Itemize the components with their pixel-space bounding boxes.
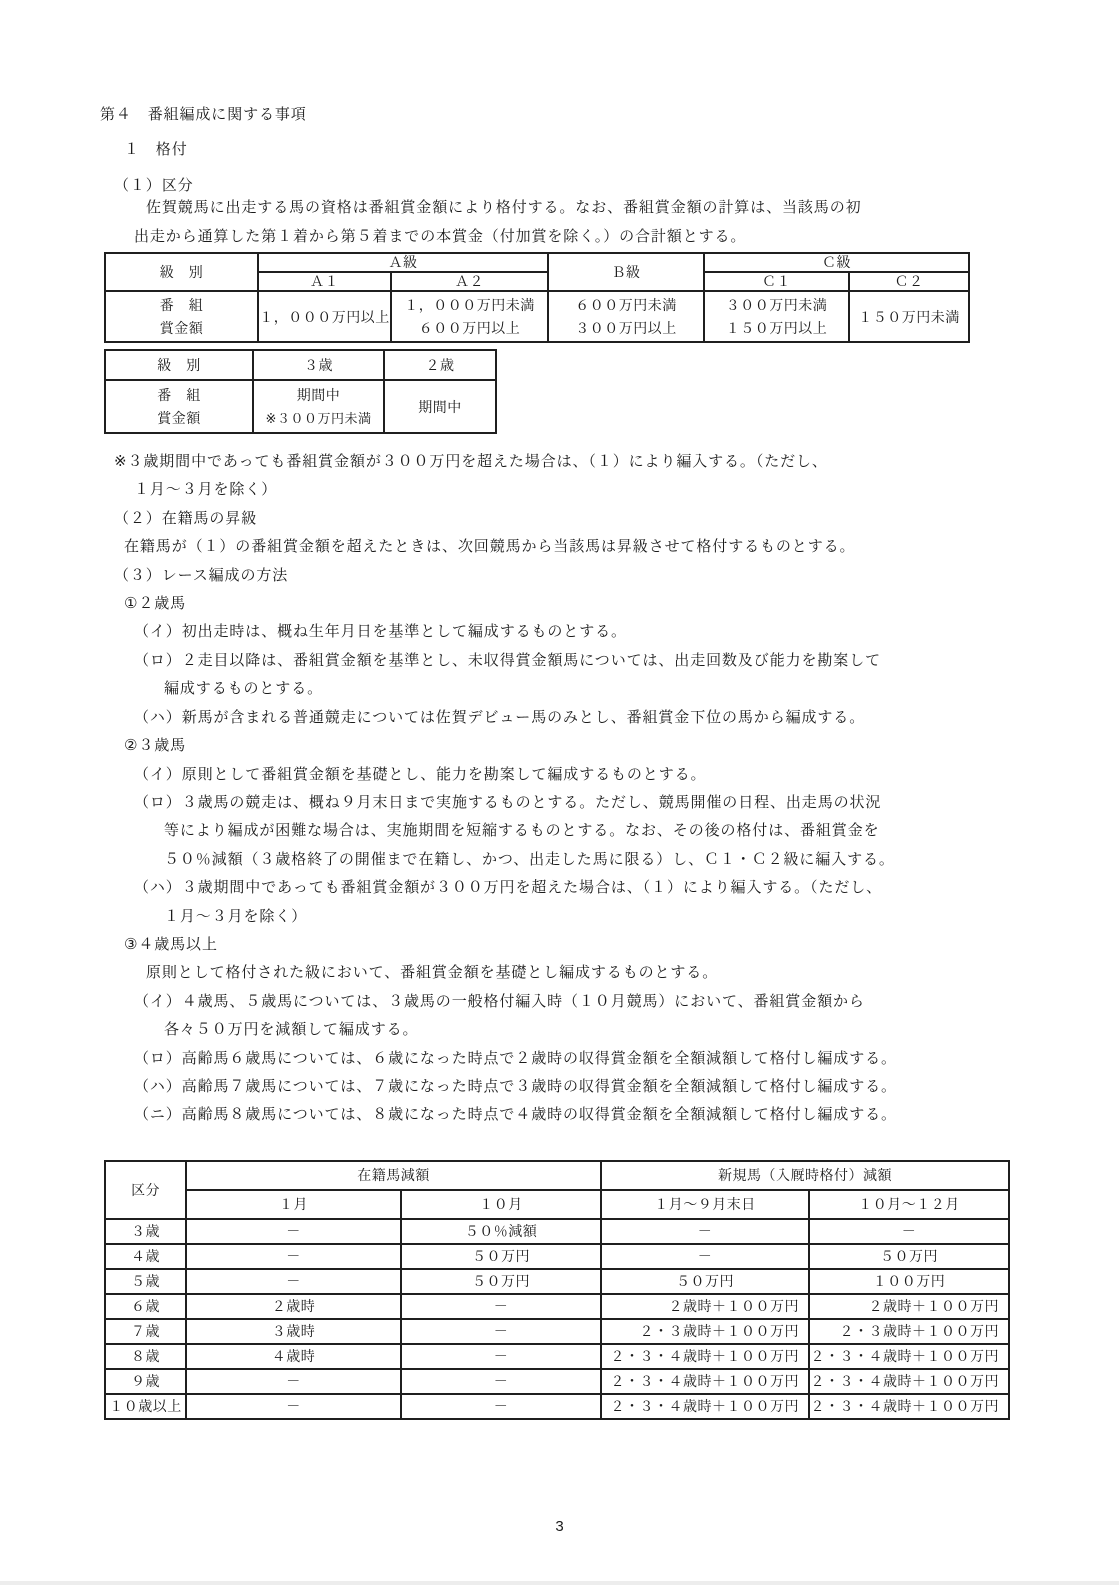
doc-line: （３）レース編成の方法 [100,562,1060,590]
doc-line: ②３歳馬 [100,732,1060,760]
document-body: 第４ 番組編成に関する事項１ 格付（１）区分佐賀競馬に出走する馬の資格は番組賞金… [100,101,1060,1420]
doc-line: 在籍馬が（１）の番組賞金額を超えたときは、次回競馬から当該馬は昇級させて格付する… [100,533,1060,561]
t3-age-label: ５歳 [105,1269,186,1294]
t1-value-c2: １５０万円未満 [849,291,969,342]
page-edge [0,1581,1119,1585]
doc-line: （ハ）３歳期間中であっても番組賞金額が３００万円を超えた場合は、（１）により編入… [100,874,1060,902]
grade-classification-table: 級 別 Ａ級 Ｂ級 Ｃ級 Ａ１ Ａ２ Ｃ１ Ｃ２ 番 組 賞金額 １，０００万円… [104,252,970,343]
t3-cell: － [186,1269,401,1294]
doc-line: （ロ）３歳馬の競走は、概ね９月末日まで実施するものとする。ただし、競馬開催の日程… [100,789,1060,817]
t3-cell: ３歳時 [186,1319,401,1344]
doc-line: （ロ）高齢馬６歳馬については、６歳になった時点で２歳時の収得賞金額を全額減額して… [100,1045,1060,1073]
t2-row-label-line2: 賞金額 [106,407,252,430]
t3-age-label: ９歳 [105,1369,186,1394]
doc-line: 佐賀競馬に出走する馬の資格は番組賞金額により格付する。なお、番組賞金額の計算は、… [100,194,1060,222]
t1-value-a2-line2: ６００万円以上 [392,317,547,340]
t1-row-label: 番 組 賞金額 [105,291,258,342]
t1-header-a: Ａ級 [258,253,548,272]
t1-header-a2: Ａ２ [391,272,548,291]
t2-header-3yo: ３歳 [253,350,384,380]
doc-line: （イ）初出走時は、概ね生年月日を基準として編成するものとする。 [100,618,1060,646]
t3-cell: ２・３・４歳時＋１００万円 [809,1344,1009,1369]
t3-cell: － [186,1369,401,1394]
doc-line: １月～３月を除く） [100,476,1060,504]
t3-cell: － [186,1394,401,1419]
table-row: ４歳－５０万円－５０万円 [105,1244,1009,1269]
t1-row-label-line2: 賞金額 [106,317,257,340]
t3-cell: ５０％減額 [401,1219,601,1244]
t3-age-label: ４歳 [105,1244,186,1269]
table-row: ６歳２歳時－２歳時＋１００万円２歳時＋１００万円 [105,1294,1009,1319]
t3-cell: ２・３・４歳時＋１００万円 [809,1369,1009,1394]
t1-value-a1: １，０００万円以上 [258,291,391,342]
t3-cell: ２・３歳時＋１００万円 [601,1319,809,1344]
t3-cell: － [401,1344,601,1369]
t3-cell: ２・３・４歳時＋１００万円 [809,1394,1009,1419]
doc-line: （イ）４歳馬、５歳馬については、３歳馬の一般格付編入時（１０月競馬）において、番… [100,988,1060,1016]
t3-cell: ２歳時 [186,1294,401,1319]
document-page: { "page": { "number": "3" }, "text_top":… [0,0,1119,1585]
doc-line: （２）在籍馬の昇級 [100,505,1060,533]
table-row: ９歳－－２・３・４歳時＋１００万円２・３・４歳時＋１００万円 [105,1369,1009,1394]
doc-line: （ニ）高齢馬８歳馬については、８歳になった時点で４歳時の収得賞金額を全額減額して… [100,1101,1060,1129]
t2-value-3yo-line1: 期間中 [254,384,383,407]
t1-value-a2: １，０００万円未満 ６００万円以上 [391,291,548,342]
t3-cell: ５０万円 [809,1244,1009,1269]
t3-subheader-jan-sep: １月～９月末日 [601,1190,809,1219]
t1-header-c1: Ｃ１ [704,272,849,291]
t2-header-2yo: ２歳 [384,350,496,380]
t2-value-2yo: 期間中 [384,380,496,433]
t3-age-label: ３歳 [105,1219,186,1244]
t3-cell: － [186,1244,401,1269]
prize-reduction-table: 区分 在籍馬減額 新規馬（入厩時格付）減額 １月 １０月 １月～９月末日 １０月… [104,1160,1010,1420]
t2-corner-cell: 級 別 [105,350,253,380]
t3-cell: － [601,1244,809,1269]
t2-value-3yo-line2: ※３００万円未満 [254,407,383,430]
t3-age-label: ８歳 [105,1344,186,1369]
t1-header-a1: Ａ１ [258,272,391,291]
doc-line: 編成するものとする。 [100,675,1060,703]
t3-cell: － [401,1369,601,1394]
t3-subheader-jan: １月 [186,1190,401,1219]
t1-header-c: Ｃ級 [704,253,969,272]
t1-value-c1: ３００万円未満 １５０万円以上 [704,291,849,342]
t1-header-b: Ｂ級 [548,253,704,291]
t3-cell: ２歳時＋１００万円 [601,1294,809,1319]
doc-line: 各々５０万円を減額して編成する。 [100,1016,1060,1044]
doc-line: （イ）原則として番組賞金額を基礎とし、能力を勘案して編成するものとする。 [100,761,1060,789]
table-row: １０歳以上－－２・３・４歳時＋１００万円２・３・４歳時＋１００万円 [105,1394,1009,1419]
t3-header-new: 新規馬（入厩時格付）減額 [601,1161,1009,1190]
t3-cell: ４歳時 [186,1344,401,1369]
doc-line: 出走から通算した第１着から第５着までの本賞金（付加賞を除く。）の合計額とする。 [100,223,1060,251]
t3-cell: － [809,1219,1009,1244]
t3-cell: － [401,1294,601,1319]
doc-line: １ 格付 [100,136,1060,164]
t1-value-c1-line2: １５０万円以上 [705,317,848,340]
t3-cell: １００万円 [809,1269,1009,1294]
doc-line: （ハ）高齢馬７歳馬については、７歳になった時点で３歳時の収得賞金額を全額減額して… [100,1073,1060,1101]
t1-value-a2-line1: １，０００万円未満 [392,294,547,317]
table-row: ３歳－５０％減額－－ [105,1219,1009,1244]
t2-row-label: 番 組 賞金額 [105,380,253,433]
t1-value-b-line2: ３００万円以上 [549,317,703,340]
t1-value-c1-line1: ３００万円未満 [705,294,848,317]
t3-cell: － [401,1394,601,1419]
t3-subheader-oct-dec: １０月～１２月 [809,1190,1009,1219]
doc-line: （ハ）新馬が含まれる普通競走については佐賀デビュー馬のみとし、番組賞金下位の馬か… [100,704,1060,732]
doc-line: ①２歳馬 [100,590,1060,618]
t2-row-label-line1: 番 組 [106,384,252,407]
t3-age-label: １０歳以上 [105,1394,186,1419]
doc-line: １月～３月を除く） [100,903,1060,931]
t3-cell: － [601,1219,809,1244]
t1-value-b: ６００万円未満 ３００万円以上 [548,291,704,342]
t3-cell: ２歳時＋１００万円 [809,1294,1009,1319]
t3-cell: － [186,1219,401,1244]
t1-header-c2: Ｃ２ [849,272,969,291]
t1-value-b-line1: ６００万円未満 [549,294,703,317]
t3-header-registered: 在籍馬減額 [186,1161,601,1190]
table-row: ７歳３歳時－２・３歳時＋１００万円２・３歳時＋１００万円 [105,1319,1009,1344]
young-horse-grade-table: 級 別 ３歳 ２歳 番 組 賞金額 期間中 ※３００万円未満 期間中 [104,349,497,434]
t3-cell: ５０万円 [401,1269,601,1294]
t3-age-label: ６歳 [105,1294,186,1319]
doc-line: ③４歳馬以上 [100,931,1060,959]
t3-cell: ５０万円 [401,1244,601,1269]
t3-cell: ２・３・４歳時＋１００万円 [601,1344,809,1369]
t3-cell: ２・３・４歳時＋１００万円 [601,1394,809,1419]
doc-line: 第４ 番組編成に関する事項 [100,101,1060,129]
t3-cell: ２・３歳時＋１００万円 [809,1319,1009,1344]
doc-line: 等により編成が困難な場合は、実施期間を短縮するものとする。なお、その後の格付は、… [100,817,1060,845]
t3-age-label: ７歳 [105,1319,186,1344]
t2-value-3yo: 期間中 ※３００万円未満 [253,380,384,433]
t3-cell: － [401,1319,601,1344]
doc-line: 原則として格付された級において、番組賞金額を基礎とし編成するものとする。 [100,959,1060,987]
doc-line: （ロ）２走目以降は、番組賞金額を基準とし、未収得賞金額馬については、出走回数及び… [100,647,1060,675]
t1-corner-cell: 級 別 [105,253,258,291]
t1-row-label-line1: 番 組 [106,294,257,317]
table-row: ５歳－５０万円５０万円１００万円 [105,1269,1009,1294]
doc-line: ※３歳期間中であっても番組賞金額が３００万円を超えた場合は、（１）により編入する… [100,448,1060,476]
table-row: ８歳４歳時－２・３・４歳時＋１００万円２・３・４歳時＋１００万円 [105,1344,1009,1369]
t3-cell: ５０万円 [601,1269,809,1294]
t3-corner-cell: 区分 [105,1161,186,1219]
page-number: 3 [0,1518,1119,1535]
t3-cell: ２・３・４歳時＋１００万円 [601,1369,809,1394]
text-block-top: 第４ 番組編成に関する事項１ 格付（１）区分佐賀競馬に出走する馬の資格は番組賞金… [100,101,1060,251]
doc-line: ５０％減額（３歳格終了の開催まで在籍し、かつ、出走した馬に限る）し、Ｃ１・Ｃ２級… [100,846,1060,874]
text-block-mid: ※３歳期間中であっても番組賞金額が３００万円を超えた場合は、（１）により編入する… [100,448,1060,1130]
t3-subheader-oct: １０月 [401,1190,601,1219]
